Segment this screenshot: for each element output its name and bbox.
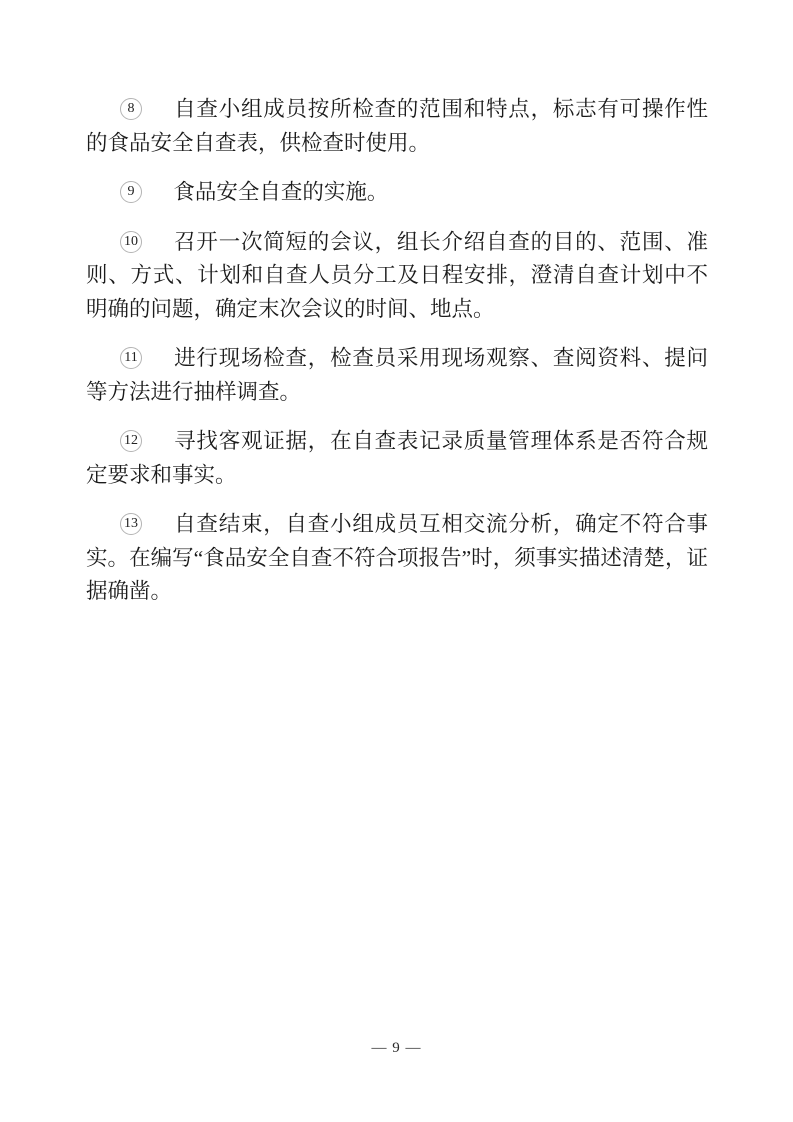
item-number-circle: 10 xyxy=(120,231,142,253)
page-number: — 9 — xyxy=(372,1040,422,1056)
item-text: 食品安全自查的实施。 xyxy=(173,180,388,204)
item-text: 自查结束，自查小组成员互相交流分析，确定不符合事实。在编写“食品安全自查不符合项… xyxy=(86,512,708,603)
document-body: 8 自查小组成员按所检查的范围和特点，标志有可操作性的食品安全自查表，供检查时使… xyxy=(86,0,708,609)
list-item: 9 食品安全自查的实施。 xyxy=(86,176,708,210)
item-number-circle: 9 xyxy=(120,181,142,203)
page-footer: — 9 — xyxy=(0,1038,793,1058)
item-number-circle: 8 xyxy=(120,98,142,120)
item-number-circle: 12 xyxy=(120,430,142,452)
document-page: 8 自查小组成员按所检查的范围和特点，标志有可操作性的食品安全自查表，供检查时使… xyxy=(0,0,793,1122)
list-item: 8 自查小组成员按所检查的范围和特点，标志有可操作性的食品安全自查表，供检查时使… xyxy=(86,93,708,160)
list-item: 13 自查结束，自查小组成员互相交流分析，确定不符合事实。在编写“食品安全自查不… xyxy=(86,508,708,609)
item-text: 自查小组成员按所检查的范围和特点，标志有可操作性的食品安全自查表，供检查时使用。 xyxy=(86,97,708,155)
list-item: 12 寻找客观证据，在自查表记录质量管理体系是否符合规定要求和事实。 xyxy=(86,425,708,492)
list-item: 10 召开一次简短的会议，组长介绍自查的目的、范围、准则、方式、计划和自查人员分… xyxy=(86,226,708,327)
list-item: 11 进行现场检查，检查员采用现场观察、查阅资料、提问等方法进行抽样调查。 xyxy=(86,342,708,409)
item-number-circle: 13 xyxy=(120,513,142,535)
item-text: 寻找客观证据，在自查表记录质量管理体系是否符合规定要求和事实。 xyxy=(86,429,708,487)
item-text: 进行现场检查，检查员采用现场观察、查阅资料、提问等方法进行抽样调查。 xyxy=(86,346,708,404)
item-number-circle: 11 xyxy=(120,347,142,369)
item-text: 召开一次简短的会议，组长介绍自查的目的、范围、准则、方式、计划和自查人员分工及日… xyxy=(86,230,708,321)
